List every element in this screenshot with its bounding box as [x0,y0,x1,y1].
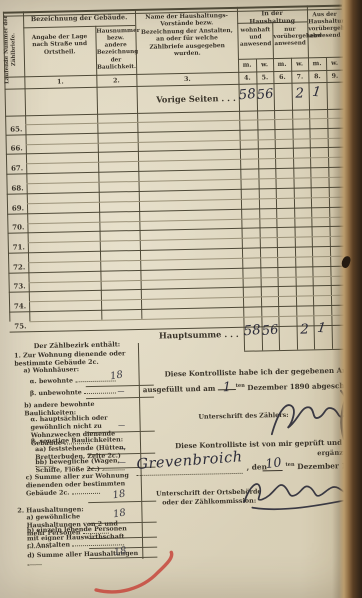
summary-value-line [86,397,154,399]
handwritten-day-1: 1 [223,380,232,396]
row-half-line [27,196,346,204]
row-number: 67. [6,164,23,173]
header-group-buildings: Bezeichnung der Gebäude. [24,13,134,23]
header-sub-temporary: nur vorübergehend anwesend [273,26,306,48]
row-number: 72. [8,262,25,271]
book-binding-edge [332,0,362,598]
row-number: 74. [9,302,26,311]
grid-line-vertical [138,343,144,559]
row-number: 73. [9,282,26,291]
col-number: 7. [291,73,308,81]
place-dotted-line [137,473,243,476]
summary-1b-aa-value: — [111,444,133,452]
carry-value-col8: 1 [306,83,328,101]
summary-1b-bb-value: — [111,458,133,466]
mw-label: m. [238,61,256,69]
handwritten-day-10: 10 [265,454,283,471]
carry-value-col5: 56 [255,86,275,103]
document-content: Laufende Nummer der Zählbriefe. Bezeichn… [0,0,362,598]
corner-rotated-label: Laufende Nummer der Zählbriefe. [3,13,25,85]
col-number: 8. [308,72,326,80]
header-col-location: Angabe der Lage nach Straße und Ortsthei… [27,33,91,56]
col-number: 4. [238,74,256,82]
total-value-col5: 56 [260,322,280,339]
col-number: 1. [24,77,96,86]
total-row-label: Hauptsumme . . . [147,329,239,341]
summary-1a-beta-value: — [110,387,132,395]
col-number: 6. [273,73,291,81]
row-half-line [26,157,345,165]
total-value-col8: 1 [311,319,333,337]
row-number: 71. [8,242,25,251]
scanned-census-control-list: Laufende Nummer der Zählbriefe. Bezeichn… [0,0,362,598]
col-number: 3. [136,74,238,84]
row-half-line [29,295,348,303]
summary-1b-alpha-value: — [111,421,133,429]
mw-label: w. [256,61,273,69]
row-half-line [28,256,347,264]
summary-value-line [88,501,156,503]
col-number: 2. [96,76,136,85]
header-col-name: Name der Haushaltungs-Vorstände bezw. Be… [138,12,236,58]
row-number: 65. [5,124,22,133]
mw-label: m. [273,61,291,69]
row-half-line [26,137,345,145]
header-group-household: In der Haushaltung [238,9,306,26]
row-number: 68. [7,183,24,192]
header-col-housenumber: Hausnummer bezw. andere Bezeichnung der … [96,28,135,72]
row-number: 70. [7,223,24,232]
row-number: 66. [6,144,23,153]
row-number: 75. [9,321,26,330]
row-half-line [27,177,346,185]
mw-label: m. [308,60,326,68]
mw-label: w. [291,60,308,68]
red-pencil-mark [89,548,182,596]
carry-row-label: Vorige Seiten . . . [144,93,236,105]
header-sub-resident: wohnhaft und anwesend [238,27,272,49]
row-half-line [27,216,346,224]
row-half-line [25,118,344,126]
col-number: 5. [256,74,273,82]
day-blank-line: 1 [218,389,236,390]
row-number: 69. [7,203,24,212]
row-half-line [28,236,347,244]
table-body-rows: 65. 66. 67. 68. 69. 70. 71. 72. [5,109,348,333]
row-half-line [29,275,348,283]
